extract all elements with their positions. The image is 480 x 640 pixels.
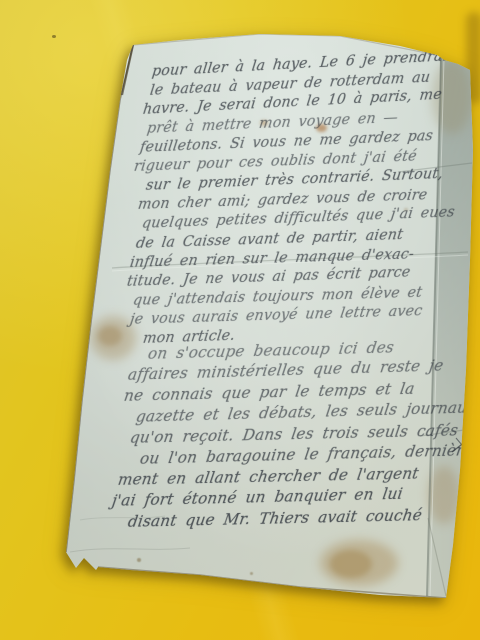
handwriting-line: j'ai fort étonné un banquier en lui xyxy=(111,487,404,509)
letter-paper-wrap: pour aller à la haye. Le 6 je prendraile… xyxy=(0,0,480,640)
handwriting: pour aller à la haye. Le 6 je prendraile… xyxy=(0,0,480,640)
handwriting-line: disant que Mr. Thiers avait couché xyxy=(127,508,423,530)
letter-paper: pour aller à la haye. Le 6 je prendraile… xyxy=(0,0,480,640)
photo-of-letter: pour aller à la haye. Le 6 je prendraile… xyxy=(0,0,480,640)
handwriting-line: ou l'on baragouine le français, dernière… xyxy=(139,443,479,467)
